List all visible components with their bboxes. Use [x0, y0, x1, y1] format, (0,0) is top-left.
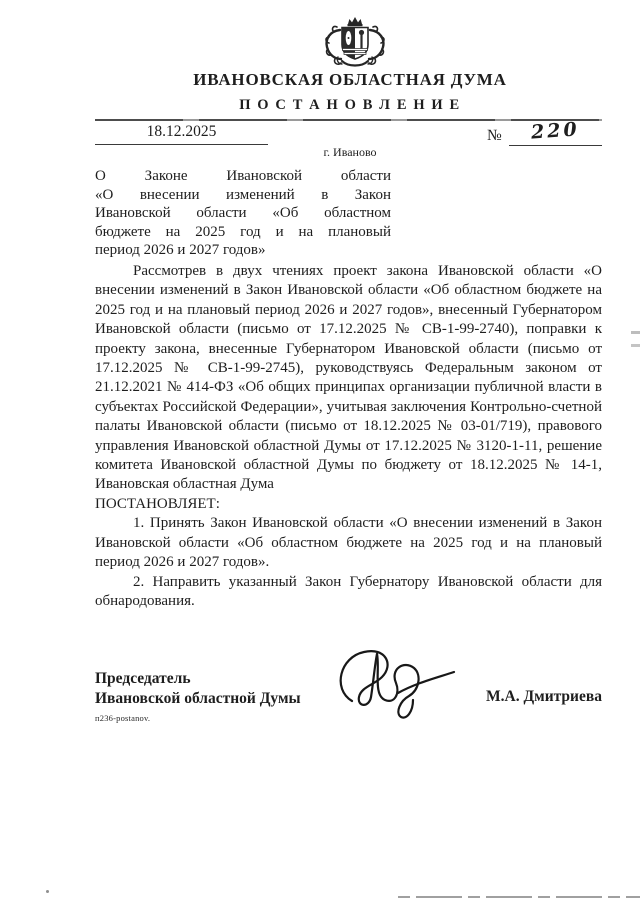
document-number-line: 220 [509, 123, 602, 146]
document-subject: О Законе Ивановской области «О внесении … [95, 167, 391, 260]
signer-post: Председатель Ивановской областной Думы [95, 669, 301, 709]
document-body: Рассмотрев в двух чтениях проект закона … [95, 262, 602, 611]
resolution-item: 1. Принять Закон Ивановской области «О в… [95, 514, 602, 572]
document-page: ИВАНОВСКАЯ ОБЛАСТНАЯ ДУМА П О С Т А Н О … [0, 0, 640, 905]
document-number-handwritten: 220 [530, 118, 580, 143]
subject-line: О Законе Ивановской области [95, 167, 391, 186]
document-type-title: П О С Т А Н О В Л Е Н И Е [95, 97, 605, 114]
header-rule [95, 119, 602, 121]
scan-artifact-mark [631, 331, 640, 334]
subject-line: «О внесении изменений в Закон [95, 186, 391, 205]
coat-of-arms-icon [323, 15, 387, 69]
signer-name: М.А. Дмитриева [402, 688, 602, 706]
document-date: 18.12.2025 [95, 123, 268, 145]
signer-post-line2: Ивановской областной Думы [95, 689, 301, 709]
subject-line: Ивановской области «Об областном [95, 204, 391, 223]
city-label: г. Иваново [95, 145, 605, 160]
organization-name: ИВАНОВСКАЯ ОБЛАСТНАЯ ДУМА [95, 70, 605, 90]
resolution-item: 2. Направить указанный Закон Губернатору… [95, 573, 602, 612]
handwritten-signature [336, 643, 461, 730]
signer-post-line1: Председатель [95, 669, 301, 689]
number-sign-label: № [487, 127, 502, 145]
scan-artifact-mark [631, 344, 640, 347]
scan-artifact-line [398, 896, 640, 898]
file-reference-note: п236-postanov. [95, 713, 150, 723]
resolution-word: ПОСТАНОВЛЯЕТ: [95, 495, 602, 514]
subject-line: период 2026 и 2027 годов» [95, 241, 391, 260]
subject-line: бюджете на 2025 год и на плановый [95, 223, 391, 242]
scan-artifact-speck [46, 890, 49, 893]
body-paragraph: Рассмотрев в двух чтениях проект закона … [95, 262, 602, 495]
